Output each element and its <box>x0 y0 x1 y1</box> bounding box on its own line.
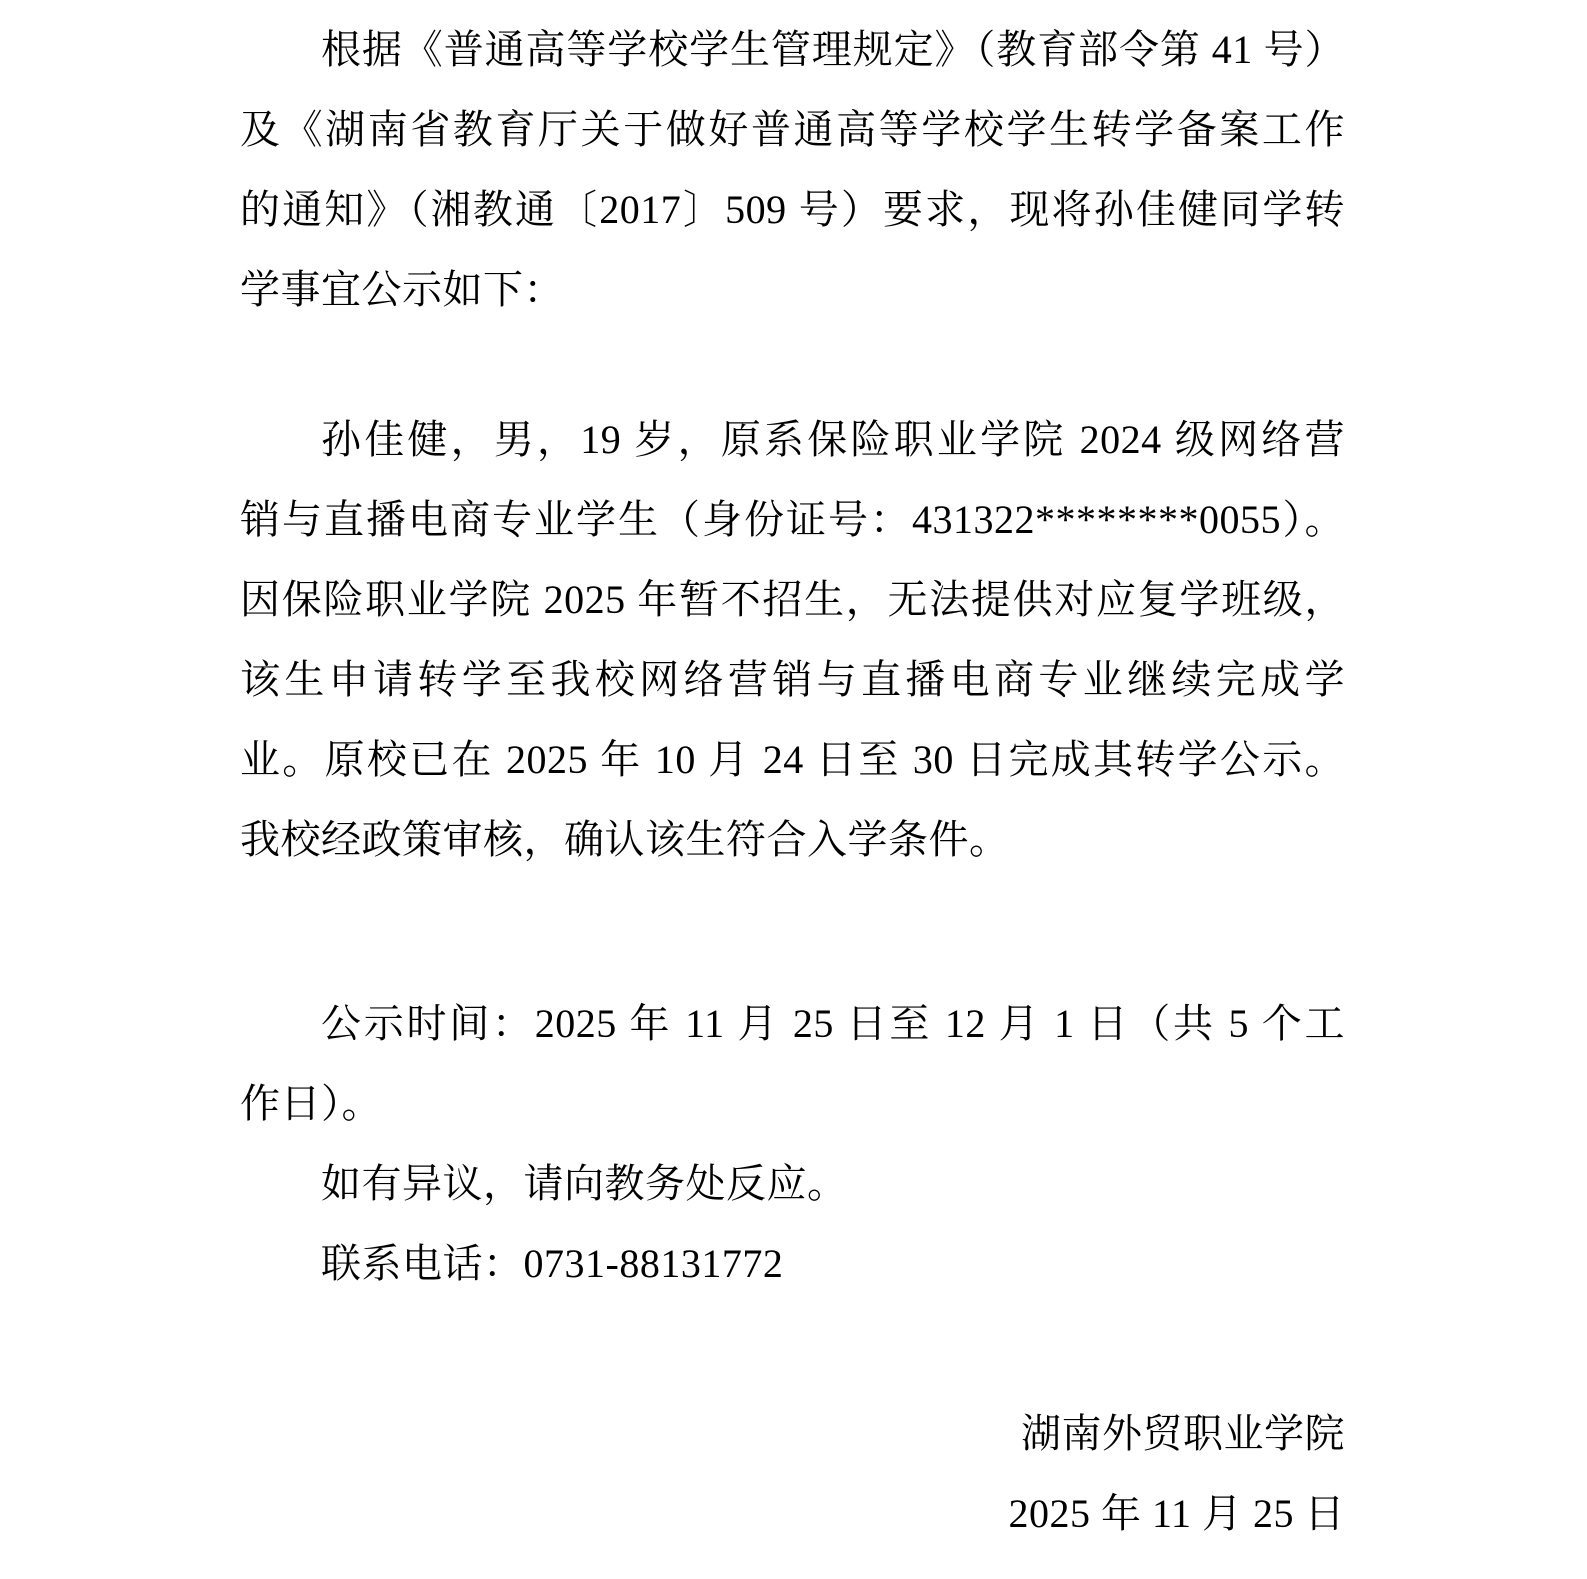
publicity-period-line-1: 公示时间：2025 年 11 月 25 日至 12 月 1 日（共 5 个工 <box>240 984 1345 1064</box>
notice-document: 根据《普通高等学校学生管理规定》（教育部令第 41 号） 及《湖南省教育厅关于做… <box>0 0 1587 1554</box>
paragraph-spacer <box>240 1304 1345 1394</box>
signature-organization: 湖南外贸职业学院 <box>240 1394 1345 1474</box>
paragraph-spacer <box>240 880 1345 984</box>
paragraph-legal-basis: 根据《普通高等学校学生管理规定》（教育部令第 41 号） 及《湖南省教育厅关于做… <box>240 10 1345 330</box>
paragraph-publicity-period: 公示时间：2025 年 11 月 25 日至 12 月 1 日（共 5 个工 作… <box>240 984 1345 1144</box>
publicity-period-line-2: 作日）。 <box>240 1064 1345 1144</box>
objection-line: 如有异议，请向教务处反应。 <box>240 1144 1345 1224</box>
signature-date: 2025 年 11 月 25 日 <box>240 1474 1345 1554</box>
student-info-line-5: 业。原校已在 2025 年 10 月 24 日至 30 日完成其转学公示。 <box>240 720 1345 800</box>
student-info-line-3: 因保险职业学院 2025 年暂不招生，无法提供对应复学班级， <box>240 560 1345 640</box>
legal-basis-line-2: 及《湖南省教育厅关于做好普通高等学校学生转学备案工作 <box>240 90 1345 170</box>
student-info-line-4: 该生申请转学至我校网络营销与直播电商专业继续完成学 <box>240 640 1345 720</box>
contact-phone-line: 联系电话：0731-88131772 <box>240 1224 1345 1304</box>
student-info-line-6: 我校经政策审核，确认该生符合入学条件。 <box>240 800 1345 880</box>
legal-basis-line-3: 的通知》（湘教通〔2017〕509 号）要求，现将孙佳健同学转 <box>240 170 1345 250</box>
signature-block: 湖南外贸职业学院 2025 年 11 月 25 日 <box>240 1394 1345 1554</box>
legal-basis-line-1: 根据《普通高等学校学生管理规定》（教育部令第 41 号） <box>240 10 1345 90</box>
paragraph-student-info: 孙佳健，男，19 岁，原系保险职业学院 2024 级网络营 销与直播电商专业学生… <box>240 400 1345 880</box>
student-info-line-2: 销与直播电商专业学生（身份证号：431322********0055）。 <box>240 480 1345 560</box>
student-info-line-1: 孙佳健，男，19 岁，原系保险职业学院 2024 级网络营 <box>240 400 1345 480</box>
paragraph-contact: 联系电话：0731-88131772 <box>240 1224 1345 1304</box>
paragraph-spacer <box>240 330 1345 400</box>
paragraph-objection: 如有异议，请向教务处反应。 <box>240 1144 1345 1224</box>
legal-basis-line-4: 学事宜公示如下： <box>240 250 1345 330</box>
